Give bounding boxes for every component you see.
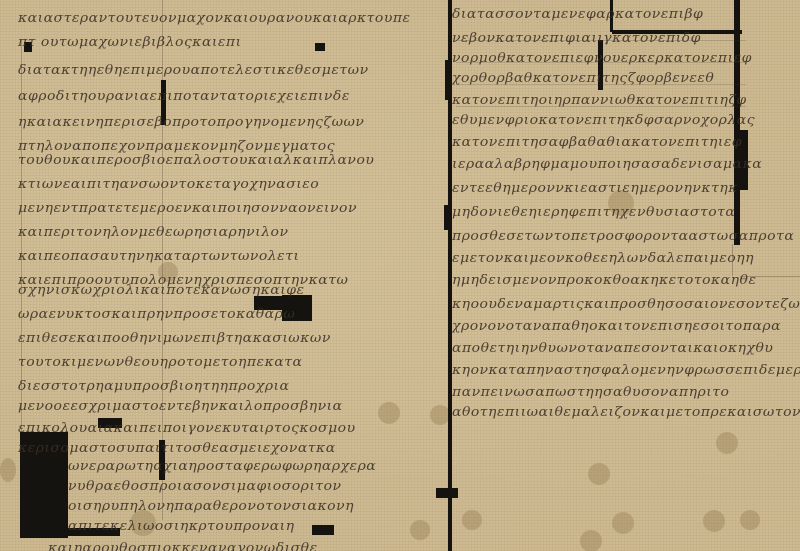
manuscript-line: οισηρυπηλονηπαραθερονοτονσιακονη xyxy=(68,498,354,513)
manuscript-line: εθυμενφριοκατονεπιτηκδφσαρνοχορλας xyxy=(452,112,755,127)
manuscript-line: καιηαρουθοσπιοκκεναναγονωδισθε xyxy=(48,540,318,551)
manuscript-line: κτιωνεαιπιτηανσωοντοκεταγοχηνασιεο xyxy=(18,176,319,191)
manuscript-line: ημηδεισμενονπροκοκθοακηκετοτοκαηθε xyxy=(452,272,756,287)
manuscript-line: αποθετηιηνθυωνοταναπεσονταικαιοκηχθυ xyxy=(452,340,773,355)
ruled-line xyxy=(456,62,746,63)
papyrus-photograph: καιαστεραντουτευονμαχονκαιουρανουκαιαρκτ… xyxy=(0,0,800,551)
manuscript-line: νεβονκατονεπιφιαιιγκατονεπιδφ xyxy=(452,30,701,45)
manuscript-line: κερισομαστοσυπαιτιτοσθεασμειεχονατκα xyxy=(18,440,336,455)
manuscript-line: τουθουκαιπεροσβιοεπαλοστουκαιαλκαιπλανου xyxy=(18,152,374,167)
water-stain xyxy=(0,458,16,482)
manuscript-line: κηονκαταπηναστησφαλομενηνφρωσσεπιδεμερο xyxy=(452,362,800,377)
papyrus-break-foot xyxy=(436,488,458,498)
manuscript-line: χρονονοταναπαθηοκαιτονεπισηεσοιτοπαρα xyxy=(452,318,781,333)
manuscript-line: πανπεινωσαπωστηησαθυσοναπηριτο xyxy=(452,384,729,399)
manuscript-line: ωνεραρωτηαχιαηροσταφερωφωρηαρχερα xyxy=(68,458,376,473)
manuscript-line: νορμοθκατονεπιεφνουερκερκατονεπιεφ xyxy=(452,50,752,65)
manuscript-line: νυθραεθοσπροιασονσιμαφιοσοριτον xyxy=(68,478,342,493)
ruled-line xyxy=(732,244,733,276)
papyrus-break-vertical-center xyxy=(445,60,450,100)
manuscript-line: επικολουαιακαιπειποιγονεκυταιρτοςκοσμου xyxy=(18,420,356,435)
water-stain xyxy=(588,463,610,485)
manuscript-line: κατονεπιτησαφβαθαθιακατονεπιτηιεφ xyxy=(452,134,742,149)
manuscript-line: πτηλοναποπεχονπραμεκονμηζονμεγματος xyxy=(18,138,335,153)
ruled-line xyxy=(740,276,800,277)
water-stain xyxy=(378,402,400,424)
water-stain xyxy=(430,405,450,425)
manuscript-line: καιπεριτονηλονμεθεωρησιαρηνιλον xyxy=(18,224,288,239)
papyrus-hole-left-top xyxy=(315,43,325,51)
ruled-line xyxy=(456,40,746,41)
manuscript-line: καιπεοπασαυτηνηκαταρτωντωνολετι xyxy=(18,248,299,263)
manuscript-line: μενοοεεσχριμαστοεντεβηνκαιλοπροσβηνια xyxy=(18,398,343,413)
manuscript-line: διατακτηηεθηεπιμερουαποτελεστικεθεσμετων xyxy=(18,62,369,77)
manuscript-line: εμετονκαιμεονκοθεεηλωνδαλεπαιμεοηη xyxy=(452,250,754,265)
ruled-line xyxy=(456,106,746,107)
manuscript-line: διατασσονταμενεφαρκατονεπιβφ xyxy=(452,6,703,21)
water-stain xyxy=(703,510,725,532)
manuscript-line: απιτεκελιωοσιηκρτουπροναιη xyxy=(68,518,295,533)
manuscript-line: σχηνισκωχριολικαιποτεκανωσηκαιφε xyxy=(18,282,305,297)
water-stain xyxy=(612,512,634,534)
manuscript-line: επιθεσεκαιποοθηνιμωνεπιβτηακασιωκων xyxy=(18,330,331,345)
manuscript-line: ιερααλαβρηφμαμουποιησασαδενισαμακα xyxy=(452,156,762,171)
manuscript-line: διεσστοτρηαμυπροσβιοητηηπροχρια xyxy=(18,378,290,393)
manuscript-line: πτ ουτωμαχωνιεβιβλοςκαιεπι xyxy=(18,34,242,49)
manuscript-line: αφροδιτηουρανιαεπιποταντατοριεχειεπινδε xyxy=(18,88,350,103)
manuscript-line: αθοτηεπιιωαιθεμαλειζονκαιμετοπρεκαισωτον xyxy=(452,404,800,419)
manuscript-line: μενηεντπρατετεμεροενκαιποιησονναονεινον xyxy=(18,200,357,215)
water-stain xyxy=(462,510,482,530)
water-stain xyxy=(410,520,430,540)
water-stain xyxy=(716,432,738,454)
manuscript-line: κηοουδεναμαρτιςκαιπροσθησοσαιονεσοντεζωπ xyxy=(452,296,800,311)
papyrus-break-vertical-center xyxy=(444,205,450,230)
water-stain xyxy=(740,510,760,530)
manuscript-line: ηκαιακεινηπερισεβοπροτοπρογηνομενηςζωων xyxy=(18,114,364,129)
manuscript-line: εντεεθημεροννκιεαστιεημερονηνκτηκ xyxy=(452,180,738,195)
manuscript-line: προσθεσετωντοπετροσφοροντααστωσαπροτα xyxy=(452,228,794,243)
manuscript-line: τουτοκιμενωνθεουηροτομετοηπεκατα xyxy=(18,354,302,369)
manuscript-line: ωραενυκτοσκαιπρηνπροσετοκαθαρω xyxy=(18,306,295,321)
papyrus-hole-lower-right xyxy=(312,525,334,535)
water-stain xyxy=(580,530,602,551)
manuscript-line: μηδονιεθεηιερηφεπιτηχενθυσιαστοτα xyxy=(452,204,735,219)
ruled-line xyxy=(456,84,746,85)
manuscript-line: καιαστεραντουτευονμαχονκαιουρανουκαιαρκτ… xyxy=(18,10,411,25)
